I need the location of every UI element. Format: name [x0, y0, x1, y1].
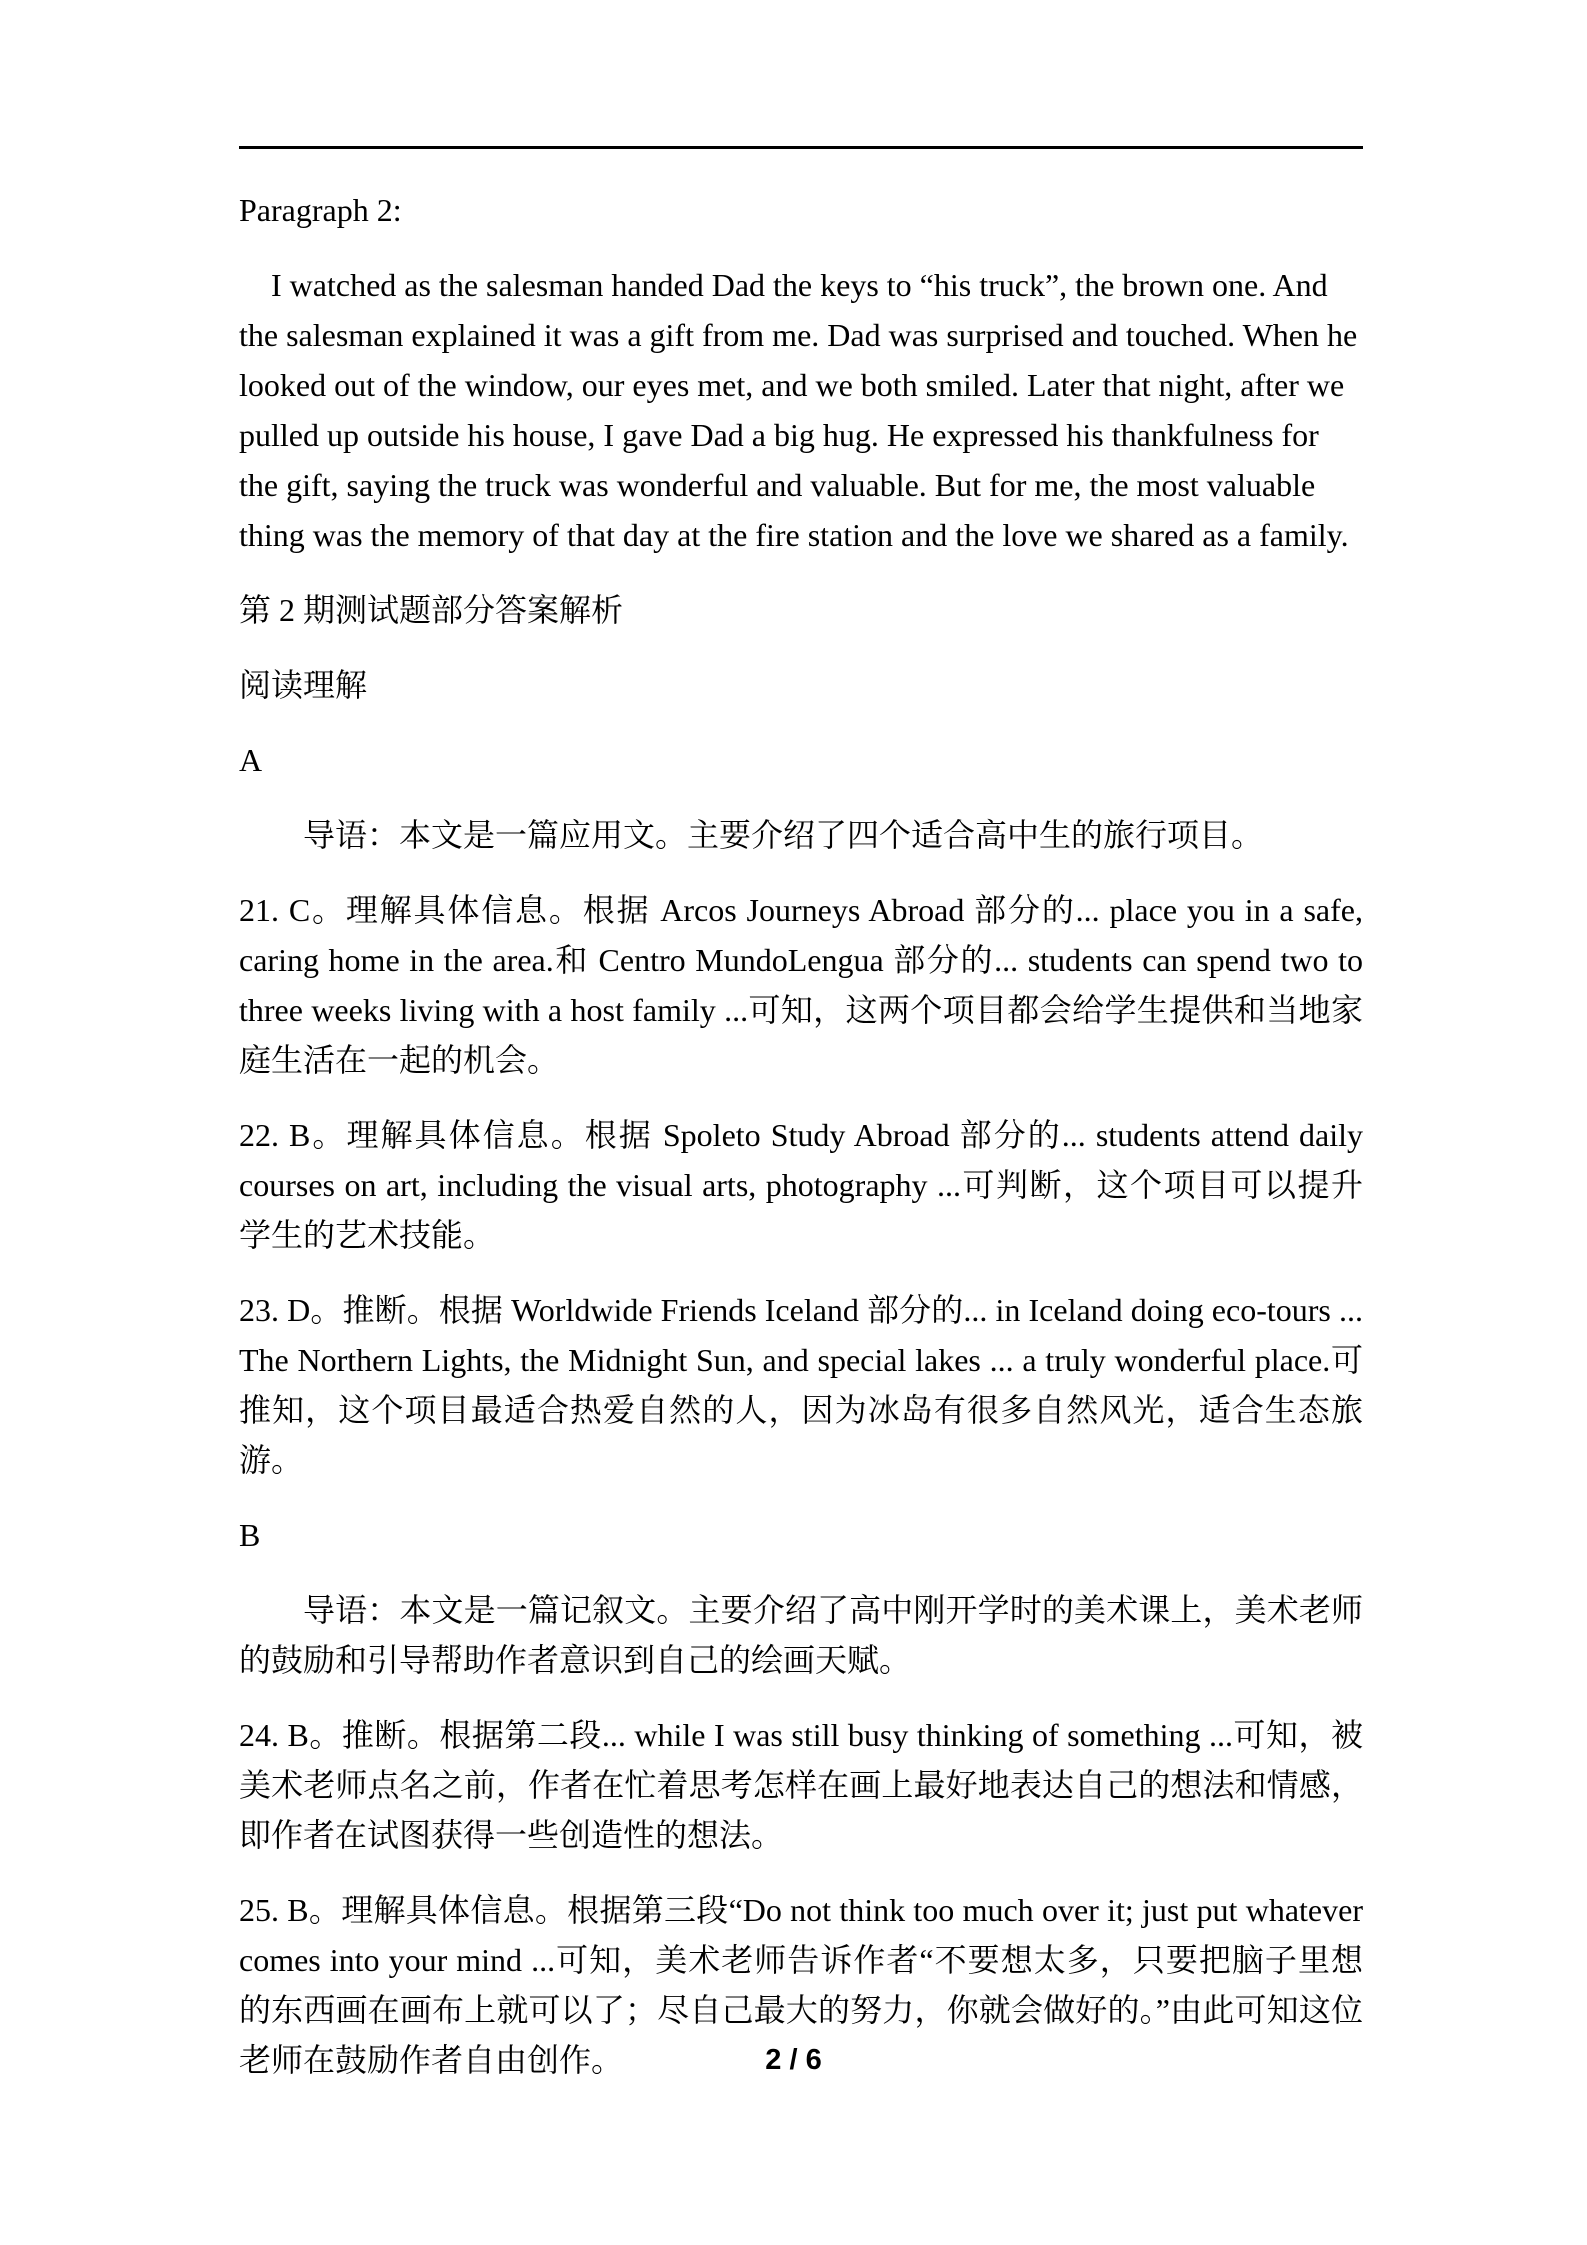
header-rule — [239, 146, 1363, 149]
page-number: 2 / 6 — [765, 2044, 821, 2076]
answer-21: 21. C。理解具体信息。根据 Arcos Journeys Abroad 部分… — [239, 885, 1363, 1085]
paragraph-2-heading: Paragraph 2: — [239, 185, 1363, 235]
page-footer: 2 / 6 — [0, 2042, 1587, 2078]
passage-a-label: A — [239, 735, 1363, 785]
document-page: Paragraph 2: I watched as the salesman h… — [0, 0, 1587, 2245]
passage-a-intro: 导语：本文是一篇应用文。主要介绍了四个适合高中生的旅行项目。 — [239, 810, 1363, 860]
passage-b-label: B — [239, 1510, 1363, 1560]
answer-22: 22. B。理解具体信息。根据 Spoleto Study Abroad 部分的… — [239, 1110, 1363, 1260]
paragraph-2-body: I watched as the salesman handed Dad the… — [239, 260, 1363, 560]
page-content: Paragraph 2: I watched as the salesman h… — [239, 0, 1363, 2110]
reading-section-label: 阅读理解 — [239, 660, 1363, 710]
passage-b-intro: 导语：本文是一篇记叙文。主要介绍了高中刚开学时的美术课上，美术老师的鼓励和引导帮… — [239, 1585, 1363, 1685]
answer-24: 24. B。推断。根据第二段... while I was still busy… — [239, 1710, 1363, 1860]
answer-23: 23. D。推断。根据 Worldwide Friends Iceland 部分… — [239, 1285, 1363, 1485]
answer-key-title: 第 2 期测试题部分答案解析 — [239, 585, 1363, 635]
